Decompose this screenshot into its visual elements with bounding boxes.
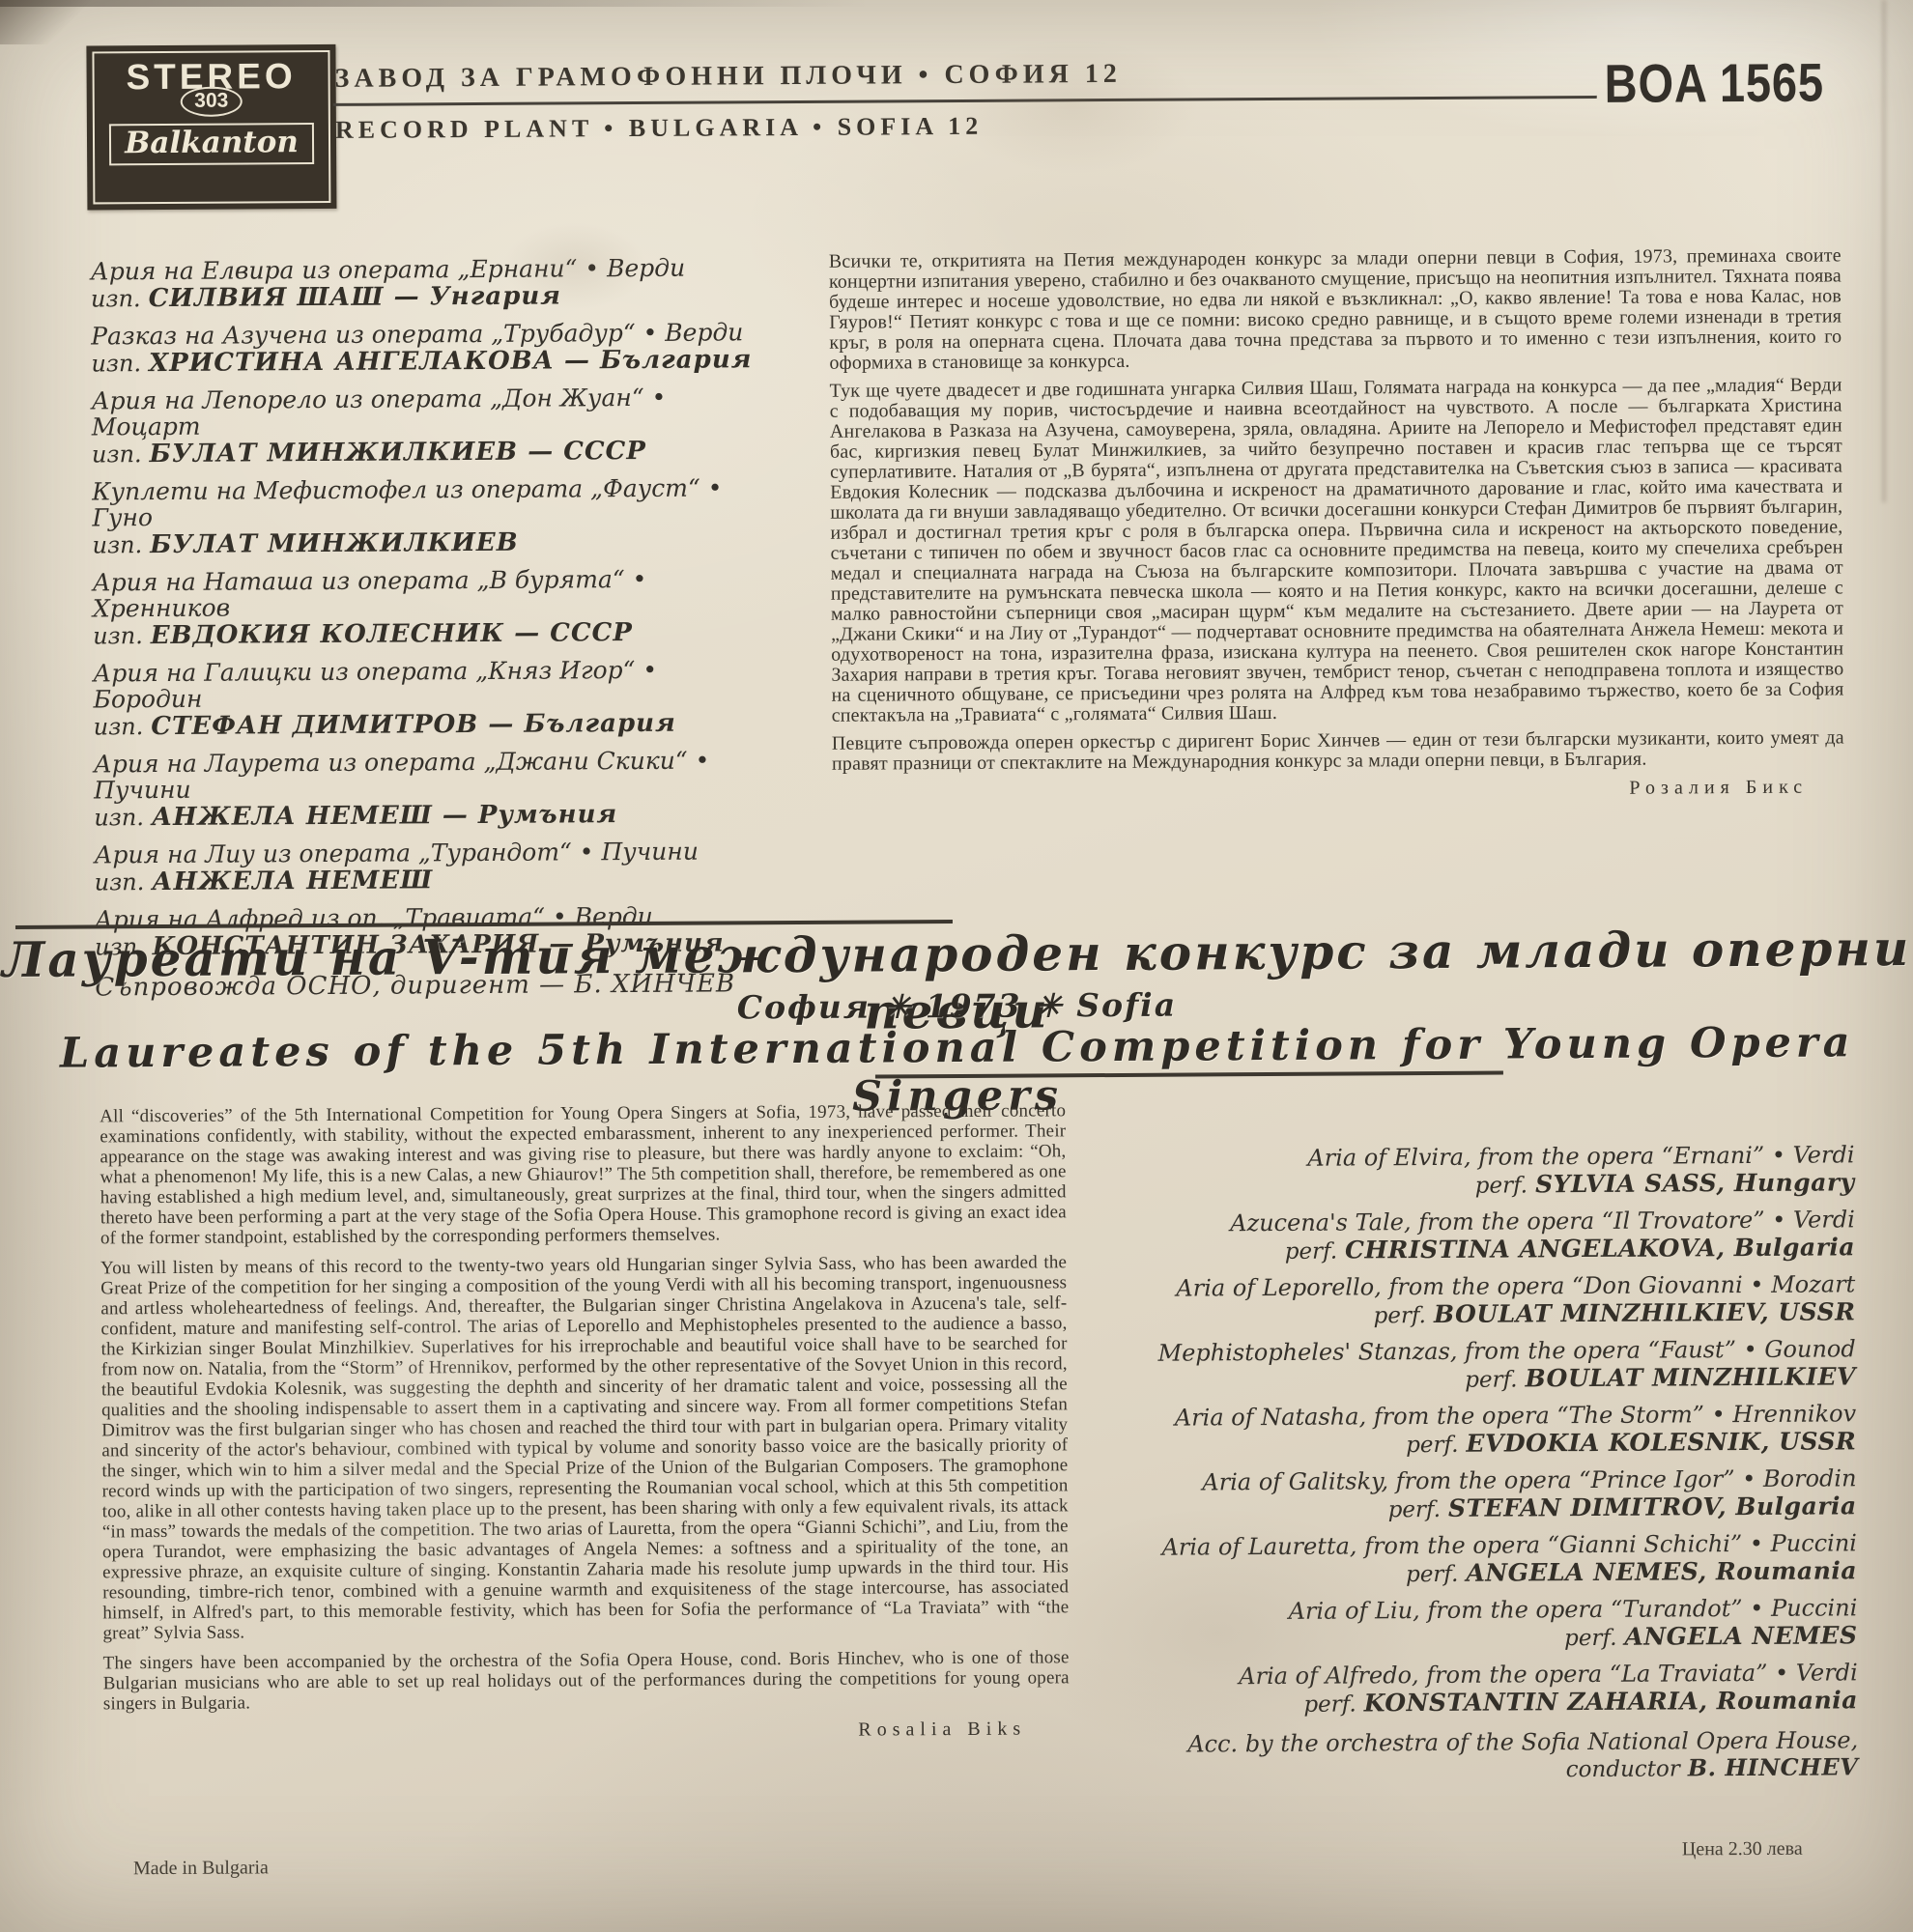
paper-stain — [947, 39, 1198, 174]
liner-notes-paragraph: All “discoveries” of the 5th Internation… — [100, 1100, 1067, 1248]
performer-name: АНЖЕЛА НЕМЕШ — [152, 866, 433, 896]
track-item: Mephistopheles' Stanzas, from the opera … — [1104, 1336, 1856, 1396]
track-credit: perf.BOULAT MINZHILKIEV — [1104, 1363, 1856, 1396]
record-sleeve-back: STEREO 303 Balkanton ЗАВОД ЗА ГРАМОФОННИ… — [0, 0, 1913, 1932]
performer-name: BOULAT MINZHILKIEV — [1525, 1362, 1855, 1392]
performer-prefix: perf. — [1374, 1303, 1427, 1328]
performer-prefix: изп. — [91, 285, 141, 312]
paper-stain — [1014, 1507, 1420, 1758]
track-credit: изп.БУЛАТ МИНЖИЛКИЕВ — [92, 527, 768, 559]
balkanton-logo: STEREO 303 Balkanton — [86, 44, 336, 211]
track-credit: perf.SYLVIA SASS, Hungary — [1103, 1169, 1855, 1202]
liner-notes-paragraph: Всички те, откритията на Петия междунаро… — [829, 245, 1842, 373]
performer-prefix: perf. — [1406, 1562, 1459, 1587]
track-credit: изп.АНЖЕЛА НЕМЕШ — [95, 865, 771, 896]
catalog-number: BOA 1565 — [1604, 50, 1824, 114]
track-item: Aria of Elvira, from the opera “Ernani” … — [1102, 1142, 1854, 1202]
performer-name: БУЛАТ МИНЖИЛКИЕВ — [150, 528, 519, 559]
paper-stain — [502, 222, 647, 309]
track-title: Ария на Лиу из операта „Турандот“ • Пучи… — [94, 838, 770, 867]
track-title: Разказ на Азучена из операта „Трубадур“ … — [91, 319, 767, 349]
track-item: Куплети на Мефистофел из операта „Фауст“… — [92, 474, 769, 559]
track-item: Ария на Елвира из операта „Ернани“ • Вер… — [91, 254, 767, 313]
track-credit: perf.CHRISTINA ANGELAKOVA, Bulgaria — [1103, 1234, 1855, 1266]
logo-frame: STEREO 303 Balkanton — [92, 50, 330, 204]
track-credit: изп.БУЛАТ МИНЖИЛКИЕВ — СССР — [92, 437, 768, 469]
performer-name: ANGELA NEMES, Roumania — [1466, 1556, 1857, 1586]
performer-prefix: изп. — [92, 531, 142, 558]
author-signature-bulgarian: Розалия Бикс — [832, 776, 1844, 804]
price-label: Цена 2.30 лева — [1682, 1838, 1803, 1861]
liner-notes-bulgarian: Всички те, откритията на Петия междунаро… — [829, 245, 1844, 804]
conductor-prefix: conductor — [1566, 1756, 1680, 1782]
performer-prefix: perf. — [1475, 1173, 1528, 1198]
paper-highlight — [290, 1236, 580, 1642]
stereo-303-badge: 303 — [181, 87, 242, 118]
track-item: Ария на Наташа из операта „В бурята“ • Х… — [93, 565, 770, 650]
liner-notes-paragraph: Певците съпровожда оперен оркестър с дир… — [832, 727, 1844, 774]
track-credit: изп.ЕВДОКИЯ КОЛЕСНИК — СССР — [93, 618, 769, 650]
conductor-name: B. HINCHEV — [1688, 1752, 1859, 1781]
track-credit: изп.ХРИСТИНА АНГЕЛАКОВА — България — [91, 346, 767, 378]
track-title: Куплети на Мефистофел из операта „Фауст“… — [92, 474, 768, 530]
liner-notes-paragraph: You will listen by means of this record … — [100, 1252, 1069, 1643]
track-title: Ария на Елвира из операта „Ернани“ • Вер… — [91, 254, 767, 284]
performer-name: БУЛАТ МИНЖИЛКИЕВ — СССР — [150, 437, 646, 469]
track-title: Ария на Лаурета из операта „Джани Скики“… — [94, 747, 770, 803]
performer-name: BOULAT MINZHILKIEV, USSR — [1434, 1297, 1856, 1328]
track-item: Ария на Лепорело из операта „Дон Жуан“ •… — [92, 384, 769, 469]
track-credit: изп.АНЖЕЛА НЕМЕШ — Румъния — [94, 800, 770, 832]
performer-name: KONSTANTIN ZAHARIA, Roumania — [1364, 1686, 1858, 1717]
performer-name: SYLVIA SASS, Hungary — [1535, 1168, 1855, 1198]
track-title: Ария на Лепорело из операта „Дон Жуан“ •… — [92, 384, 768, 440]
track-item: Aria of Leporello, from the opera “Don G… — [1103, 1271, 1855, 1331]
performer-prefix: изп. — [91, 350, 141, 377]
track-item: Ария на Галицки из операта „Княз Игор“ •… — [93, 656, 770, 741]
performer-prefix: изп. — [94, 713, 144, 740]
performer-name: СИЛВИЯ ШАШ — Унгария — [149, 281, 561, 313]
performer-prefix: perf. — [1564, 1626, 1617, 1651]
track-item: Разказ на Азучена из операта „Трубадур“ … — [91, 319, 767, 378]
performer-name: АНЖЕЛА НЕМЕШ — Румъния — [152, 800, 617, 832]
performer-prefix: изп. — [93, 622, 143, 649]
track-credit: изп.СТЕФАН ДИМИТРОВ — България — [94, 709, 770, 741]
performer-name: STEFAN DIMITROV, Bulgaria — [1448, 1492, 1857, 1522]
performer-prefix: изп. — [95, 868, 145, 895]
sleeve-crease — [1882, 0, 1886, 502]
liner-notes-paragraph: Тук ще чуете двадесет и две годишната ун… — [830, 375, 1844, 725]
performer-name: ANGELA NEMES — [1624, 1621, 1857, 1650]
author-signature-english: Rosalia Biks — [103, 1718, 1070, 1746]
track-item: Aria of Natasha, from the opera “The Sto… — [1104, 1401, 1856, 1461]
performer-prefix: perf. — [1465, 1367, 1518, 1392]
track-item: Azucena's Tale, from the opera “Il Trova… — [1103, 1207, 1855, 1266]
track-credit: изп.СИЛВИЯ ШАШ — Унгария — [91, 281, 767, 313]
made-in-label: Made in Bulgaria — [133, 1857, 269, 1880]
performer-prefix: perf. — [1285, 1239, 1338, 1264]
tracklist-bulgarian: Ария на Елвира из операта „Ернани“ • Вер… — [91, 254, 772, 1002]
track-title: Ария на Наташа из операта „В бурята“ • Х… — [93, 565, 769, 621]
performer-prefix: perf. — [1388, 1497, 1442, 1522]
accompaniment-conductor: conductorB. HINCHEV — [1106, 1753, 1858, 1786]
performer-prefix: изп. — [92, 440, 142, 468]
performer-name: ЕВДОКИЯ КОЛЕСНИК — СССР — [151, 618, 633, 650]
performer-prefix: perf. — [1406, 1433, 1459, 1458]
balkanton-wordmark: Balkanton — [109, 123, 314, 165]
sleeve-top-edge — [0, 0, 870, 7]
performer-name: EVDOKIA KOLESNIK, USSR — [1466, 1427, 1856, 1457]
track-credit: perf.EVDOKIA KOLESNIK, USSR — [1104, 1428, 1856, 1461]
track-credit: perf.BOULAT MINZHILKIEV, USSR — [1103, 1298, 1855, 1331]
liner-notes-english: All “discoveries” of the 5th Internation… — [100, 1100, 1070, 1746]
liner-notes-paragraph: The singers have been accompanied by the… — [103, 1647, 1070, 1714]
track-item: Ария на Лиу из операта „Турандот“ • Пучи… — [94, 838, 770, 896]
performer-name: ХРИСТИНА АНГЕЛАКОВА — България — [149, 345, 752, 378]
performer-prefix: изп. — [94, 804, 144, 831]
performer-name: СТЕФАН ДИМИТРОВ — България — [151, 709, 676, 741]
track-item: Ария на Лаурета из операта „Джани Скики“… — [94, 747, 771, 832]
plant-line-english: RECORD PLANT • BULGARIA • SOFIA 12 — [335, 112, 983, 145]
performer-name: CHRISTINA ANGELAKOVA, Bulgaria — [1345, 1233, 1855, 1264]
track-title: Ария на Галицки из операта „Княз Игор“ •… — [93, 656, 769, 712]
